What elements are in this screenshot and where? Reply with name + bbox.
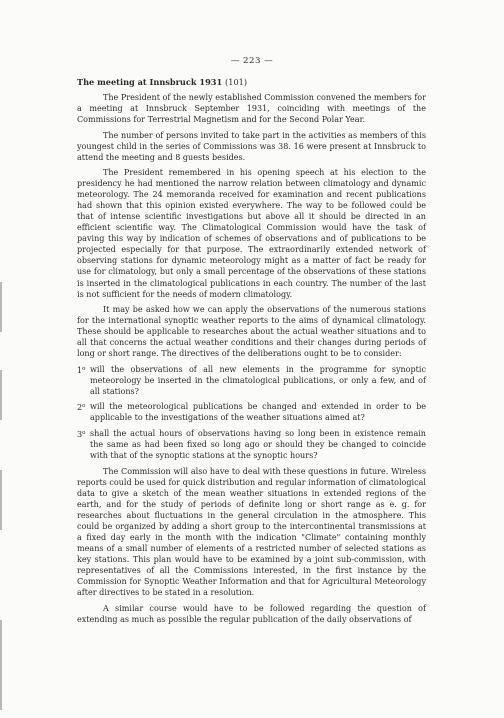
paragraph: The President remembered in his opening … — [77, 167, 426, 300]
section-heading: The meeting at Innsbruck 1931 (101) — [77, 77, 426, 88]
page-number: — 223 — — [0, 56, 504, 66]
scan-edge-mark — [0, 620, 2, 710]
paragraph: The number of persons invited to take pa… — [77, 130, 426, 163]
section-heading-title: The meeting at Innsbruck 1931 — [77, 77, 222, 87]
list-item-text: shall the actual hours of observations h… — [90, 429, 426, 460]
page-body: The meeting at Innsbruck 1931 (101) The … — [77, 77, 426, 629]
paragraph: A similar course would have to be follow… — [77, 603, 426, 625]
list-item: 3o shall the actual hours of observation… — [77, 428, 426, 461]
list-item-number: 2o — [77, 401, 85, 413]
list-item: 2o will the meteorological publications … — [77, 401, 426, 423]
paragraph: It may be asked how we can apply the obs… — [77, 304, 426, 359]
paragraph: The President of the newly established C… — [77, 92, 426, 125]
scan-edge-mark — [0, 470, 2, 530]
list-item-number: 1o — [77, 364, 85, 376]
paragraph: The Commission will also have to deal wi… — [77, 466, 426, 599]
section-heading-reference: (101) — [225, 77, 247, 87]
list-item-text: will the observations of all new element… — [90, 365, 426, 396]
scanned-page: — 223 — The meeting at Innsbruck 1931 (1… — [0, 0, 504, 718]
list-item-text: will the meteorological publications be … — [90, 402, 426, 422]
list-item: 1o will the observations of all new elem… — [77, 364, 426, 397]
list-item-number: 3o — [77, 428, 85, 440]
numbered-list: 1o will the observations of all new elem… — [77, 364, 426, 462]
scan-edge-mark — [0, 370, 2, 420]
scan-edge-mark — [0, 282, 2, 332]
